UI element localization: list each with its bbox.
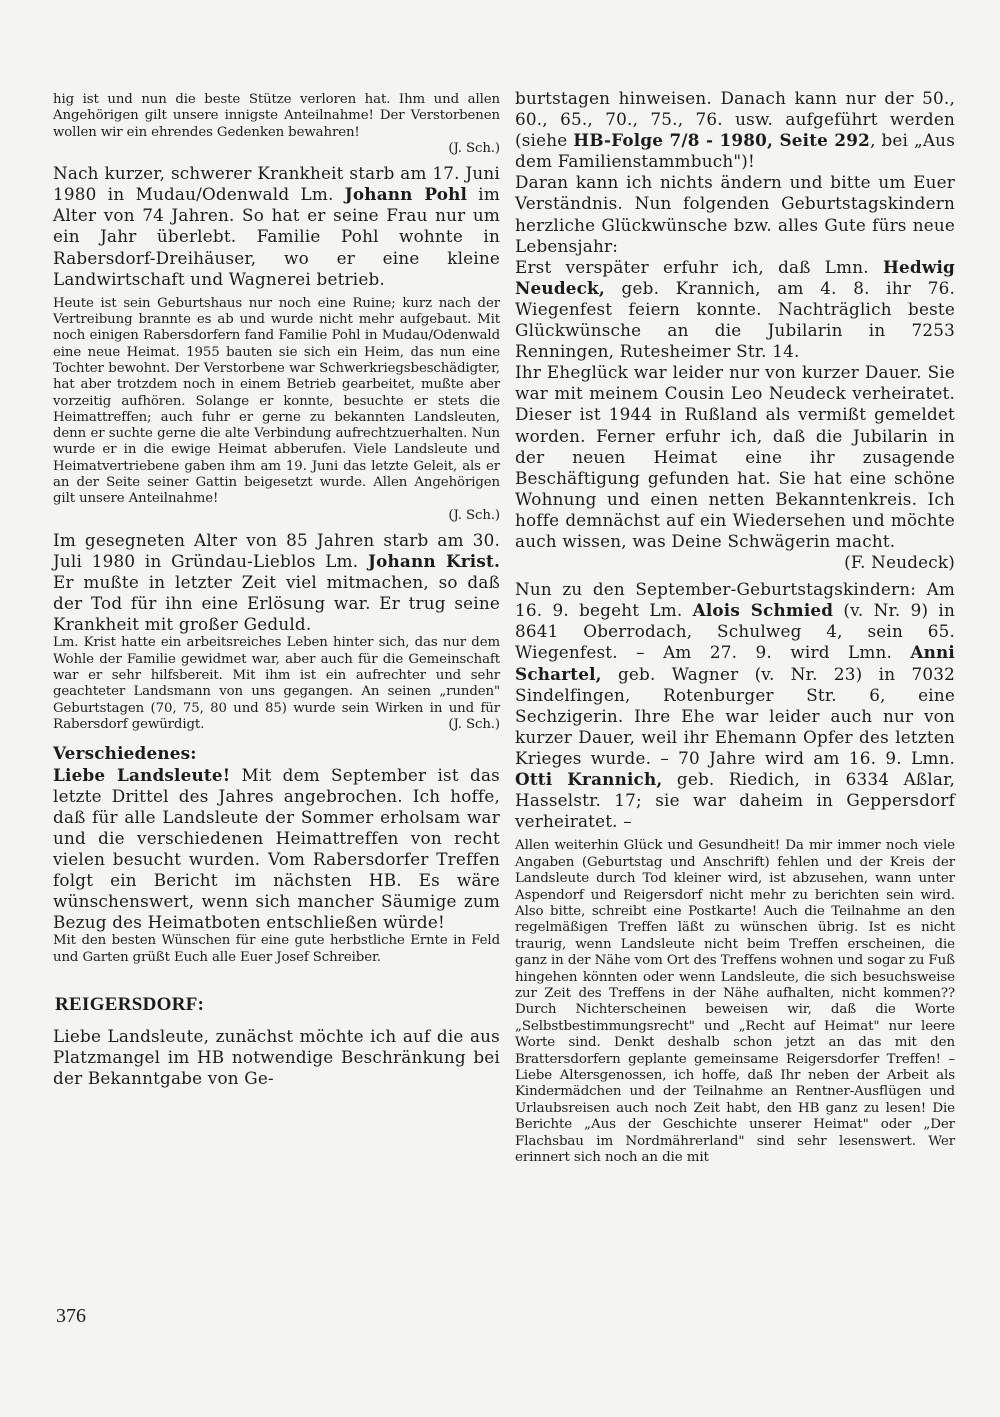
signature: (J. Sch.): [53, 141, 500, 157]
paragraph-text: Er mußte in letzter Zeit viel mitmachen,…: [53, 572, 500, 634]
paragraph-text: hig ist und nun die beste Stütze verlore…: [53, 92, 500, 140]
paragraph: Allen weiterhin Glück und Gesundheit! Da…: [515, 838, 955, 1166]
person-name: Johann Krist.: [368, 551, 500, 571]
paragraph: Erst verspäter erfuhr ich, daß Lmn. Hedw…: [515, 257, 955, 362]
paragraph: Daran kann ich nichts ändern und bitte u…: [515, 172, 955, 256]
person-name: Johann Pohl: [345, 184, 467, 204]
paragraph: Heute ist sein Geburtshaus nur noch eine…: [53, 296, 500, 508]
person-name: Otti Krannich,: [515, 769, 662, 789]
page-number: 376: [56, 1305, 86, 1328]
paragraph: hig ist und nun die beste Stütze verlore…: [53, 92, 500, 141]
obituary-krist: Im gesegneten Alter von 85 Jahren starb …: [53, 530, 500, 635]
paragraph: Ihr Eheglück war leider nur von kurzer D…: [515, 362, 955, 552]
greeting: Liebe Landsleute!: [53, 765, 230, 785]
signature: (J. Sch.): [53, 508, 500, 524]
paragraph: Liebe Landsleute, zunächst möchte ich au…: [53, 1026, 500, 1089]
closing-paragraph: Mit den besten Wünschen für eine gute he…: [53, 933, 500, 966]
obituary-pohl: Nach kurzer, schwerer Krankheit starb am…: [53, 163, 500, 290]
paragraph: Liebe Landsleute! Mit dem September ist …: [53, 765, 500, 934]
person-name: Alois Schmied: [693, 600, 834, 620]
reference: HB-Folge 7/8 - 1980, Seite 292: [573, 130, 870, 150]
birthday-list: Nun zu den September-Geburtstagskindern:…: [515, 579, 955, 832]
paragraph: burtstagen hinweisen. Danach kann nur de…: [515, 88, 955, 172]
paragraph-text: Erst verspäter erfuhr ich, daß Lmn.: [515, 257, 883, 277]
signature: (F. Neudeck): [515, 552, 955, 573]
paragraph-text: Mit dem September ist das letzte Drittel…: [53, 765, 500, 933]
misc-heading: Verschiedenes:: [53, 743, 500, 764]
section-heading-reigersdorf: REIGERSDORF:: [55, 994, 500, 1016]
left-column: hig ist und nun die beste Stütze verlore…: [53, 92, 500, 1089]
right-column: burtstagen hinweisen. Danach kann nur de…: [515, 88, 955, 1166]
